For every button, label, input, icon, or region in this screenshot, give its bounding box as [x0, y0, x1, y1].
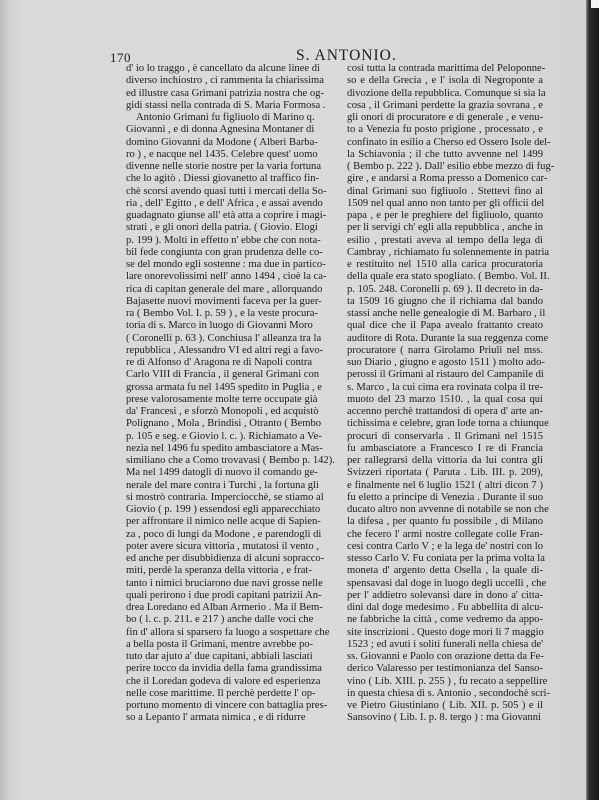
text-line: qual dice che il Papa avealo frattanto c… — [347, 320, 543, 332]
text-line: quali perirono i due prodi capitani patr… — [126, 590, 298, 602]
text-line: spensavasi dal doge in luogo degli uccel… — [347, 578, 543, 590]
text-line: suo Diario , giugno e agosto 1511 ) molt… — [347, 357, 543, 369]
text-line: Cambray , richiamato fu solennemente in … — [347, 247, 543, 259]
text-line: per rallegrarsi della vittoria da lui co… — [347, 455, 543, 467]
text-line: chè scorsi avendo quasi tutti i mercati … — [126, 186, 298, 198]
text-line: tuto dar ajuto a' due capitani, abbiali … — [126, 651, 298, 663]
text-line: dinal Grimani suo figliuolo . Stettevi f… — [347, 186, 543, 198]
right-text-column: così tutta la contrada marittima del Pel… — [347, 63, 543, 725]
text-line: Antonio Grimani fu figliuolo di Marino q… — [126, 112, 298, 124]
text-line: grossa armata fu nel 1495 spedito in Pug… — [126, 382, 298, 394]
text-line: nelle cose marittime. Il perchè perdette… — [126, 688, 298, 700]
text-line: se del mondo egli sostenne : ma due in p… — [126, 259, 298, 271]
text-line: ( Coronelli p. 63 ). Conchiusa l' allean… — [126, 333, 298, 345]
text-line: che lo agitò . Diessi giovanetto al traf… — [126, 173, 298, 185]
text-line: re di Alfonso d' Aragona re di Napoli co… — [126, 357, 298, 369]
text-line: dini dal doge medesimo . Fu abbellita di… — [347, 602, 543, 614]
text-line: ta 1509 16 giugno che il richiama dal ba… — [347, 296, 543, 308]
text-line: p. 105. 248. Coronelli p. 69 ). Il decre… — [347, 284, 543, 296]
text-line: vino ( Lib. XIII. p. 255 ) , fu recato a… — [347, 676, 543, 688]
text-line: ria , dell' Egitto , e dell' Africa , e … — [126, 198, 298, 210]
text-line: divozione della repubblica. Comunque si … — [347, 88, 543, 100]
text-line: tichissima e celebre, gran lode torna a … — [347, 418, 543, 430]
text-line: in questa chiesa di s. Antonio , secondo… — [347, 688, 543, 700]
left-text-column: d' io lo traggo , è cancellato da alcune… — [126, 63, 298, 725]
text-line: derico Valaresso per testimonianza del S… — [347, 663, 543, 675]
text-line: gidi stassi nella contrada di S. Maria F… — [126, 100, 298, 112]
text-line: fu ambasciatore a Francesco I re di Fran… — [347, 443, 543, 455]
text-line: perire tocco da invidia della fama grand… — [126, 663, 298, 675]
text-line: gire , e andarsi a Roma presso a Domenic… — [347, 173, 543, 185]
text-line: poter avere sicura vittoria , mutatosi i… — [126, 541, 298, 553]
text-line: procuratore ( narra Girolamo Priuli nel … — [347, 345, 543, 357]
text-line: cosa , il Grimani perdette la grazia sov… — [347, 100, 543, 112]
text-line: ne fabbriche la città , come vedremo da … — [347, 614, 543, 626]
text-line: repubblica , Alessandro VI ed altri regi… — [126, 345, 298, 357]
text-line: ve Pietro Giustiniano ( Lib. XII. p. 505… — [347, 700, 543, 712]
text-line: auditore di Rota. Durante la sua reggenz… — [347, 333, 543, 345]
text-line: guadagnato giunse all' età atta a coprir… — [126, 210, 298, 222]
text-line: Giovanni , e di donna Agnesina Montaner … — [126, 124, 298, 136]
text-line: stesso Carlo V. Fu coniata per la prima … — [347, 553, 543, 565]
text-line: nezia nel 1496 fu spedito ambasciatore a… — [126, 443, 298, 455]
text-line: ro ) , e nacque nel 1435. Celebre quest'… — [126, 149, 298, 161]
text-line: drea Loredano ed Alban Armerio . Ma il B… — [126, 602, 298, 614]
scanned-book-page: 170 S. ANTONIO. d' io lo traggo , è canc… — [0, 0, 586, 800]
text-line: Giovio ( p. 199 ) essendosi egli apparec… — [126, 504, 298, 516]
scan-corner-mark — [591, 0, 599, 8]
text-line: bil fede congiunta con gran prudenza del… — [126, 247, 298, 259]
text-line: Polignano , Mola , Brindisi , Otranto ( … — [126, 418, 298, 430]
text-line: ra ( Bembo Vol. I. p. 59 ) , e la veste … — [126, 308, 298, 320]
text-line: e restituito nel 1510 alla carica procur… — [347, 259, 543, 271]
text-line: diverso inchiostro , ci rammenta la chia… — [126, 75, 298, 87]
text-line: si mostrò contraria. Imperciocchè, se st… — [126, 492, 298, 504]
text-line: cesi contra Carlo V ; e la lega de' nost… — [347, 541, 543, 553]
text-line: 1509 nel qual anno non tanto per gli off… — [347, 198, 543, 210]
text-line: Sansovino ( Lib. I. p. 8. tergo ) : ma G… — [347, 712, 543, 724]
text-line: strati , e gli onori della patria. ( Gio… — [126, 222, 298, 234]
text-line: rica di capitan generale del mare , allo… — [126, 284, 298, 296]
text-line: domino Giovanni da Modone ( Alberi Barba… — [126, 137, 298, 149]
text-line: ss. Giovanni e Paolo con orazione detta … — [347, 651, 543, 663]
text-line: portuno momento di vincere con battaglia… — [126, 700, 298, 712]
text-line: 1523 ; ed avuti i soliti funerali nella … — [347, 639, 543, 651]
text-line: Ma nel 1499 datogli di nuovo il comando … — [126, 467, 298, 479]
text-line: muoto del 23 marzo 1510. , la qual cosa … — [347, 394, 543, 406]
text-line: bo ( l. c. p. 211. e 217 ) anche dalle v… — [126, 614, 298, 626]
text-line: moneta d' argento detta Osella , la qual… — [347, 565, 543, 577]
text-line: fu eletto a principe di Venezia . Durant… — [347, 492, 543, 504]
text-line: accenno perchè trattandosi di opera d' a… — [347, 406, 543, 418]
text-line: della quale era stato spogliato. ( Bembo… — [347, 271, 543, 283]
text-line: per affrontare il nimico nelle acque di … — [126, 516, 298, 528]
text-line: per li servigi ch' egli alla repubblica … — [347, 222, 543, 234]
text-line: che il Loredan godeva di valore ed esper… — [126, 676, 298, 688]
text-line: che fecero l' armi nostre collegate coll… — [347, 529, 543, 541]
text-line: p. 199 ). Molti in effetto n' ebbe che c… — [126, 235, 298, 247]
text-line: similiano che a Como trovavasi ( Bembo p… — [126, 455, 298, 467]
scan-border — [586, 0, 599, 800]
text-line: confinato in esilio a Cherso ed Ossero I… — [347, 137, 543, 149]
text-line: perossi il Grimani al ristauro del Campa… — [347, 369, 543, 381]
text-line: a bella posta il Grimani, mentre avrebbe… — [126, 639, 298, 651]
text-line: gli onori di procuratore e di generale ,… — [347, 112, 543, 124]
text-line: p. 105 e seg. e Giovio l. c. ). Richiama… — [126, 431, 298, 443]
text-line: prese valorosamente molte terre occupate… — [126, 394, 298, 406]
text-line: ed anche per disubbidienza di alcuni sop… — [126, 553, 298, 565]
text-line: da' Francesi , e sforzò Monopoli , ed ac… — [126, 406, 298, 418]
text-line: za , poco di lungi da Modone , e parendo… — [126, 529, 298, 541]
text-line: la Schiavonia ; il che tutto avvenne nel… — [347, 149, 543, 161]
text-line: Svizzeri riportata ( Paruta . Lib. III. … — [347, 467, 543, 479]
text-line: esilio , prestati aveva al tempo della l… — [347, 235, 543, 247]
text-line: Bajasette nuovi movimenti faceva per la … — [126, 296, 298, 308]
text-line: nerale del mare contra i Turchi , la for… — [126, 480, 298, 492]
text-line: ducato altro non avvenne di notabile se … — [347, 504, 543, 516]
text-line: stassi anche nelle genealogie di M. Barb… — [347, 308, 543, 320]
text-line: papa , e per le preghiere del figliuolo,… — [347, 210, 543, 222]
text-line: Carlo VIII di Francia , il general Grima… — [126, 369, 298, 381]
text-line: toria di s. Marco in luogo di Giovanni M… — [126, 320, 298, 332]
text-line: la difesa , per quanto fu possibile , di… — [347, 516, 543, 528]
text-line: procuri di conservarla . Il Grimani nel … — [347, 431, 543, 443]
text-line: so a Lepanto l' armata nimica , e di rid… — [126, 712, 298, 724]
text-line: lare onorevolissimi nell' anno 1494 , ci… — [126, 271, 298, 283]
text-line: ed illustre casa Grimani patrizia nostra… — [126, 88, 298, 100]
text-line: così tutta la contrada marittima del Pel… — [347, 63, 543, 75]
text-line: d' io lo traggo , è cancellato da alcune… — [126, 63, 298, 75]
text-line: e finalmente nel 6 luglio 1521 ( altri d… — [347, 480, 543, 492]
text-line: fin d' allora si sparsero fa luogo a sos… — [126, 627, 298, 639]
text-line: to a Venezia fu posto prigione , process… — [347, 124, 543, 136]
text-line: s. Marco , la cui cima era rovinata colp… — [347, 382, 543, 394]
text-line: so e della Grecia , e l' isola di Negrop… — [347, 75, 543, 87]
text-line: per l' addietro solevansi dare in dono a… — [347, 590, 543, 602]
text-line: tanto i nimici bruciarono due navi gross… — [126, 578, 298, 590]
text-line: divenne nelle storie nostre per la varia… — [126, 161, 298, 173]
text-line: miti, perdè la speranza della vittoria ,… — [126, 565, 298, 577]
text-line: ( Bembo p. 222 ). Dall' esilio ebbe mezz… — [347, 161, 543, 173]
text-line: site inscrizioni . Questo doge morì li 7… — [347, 627, 543, 639]
